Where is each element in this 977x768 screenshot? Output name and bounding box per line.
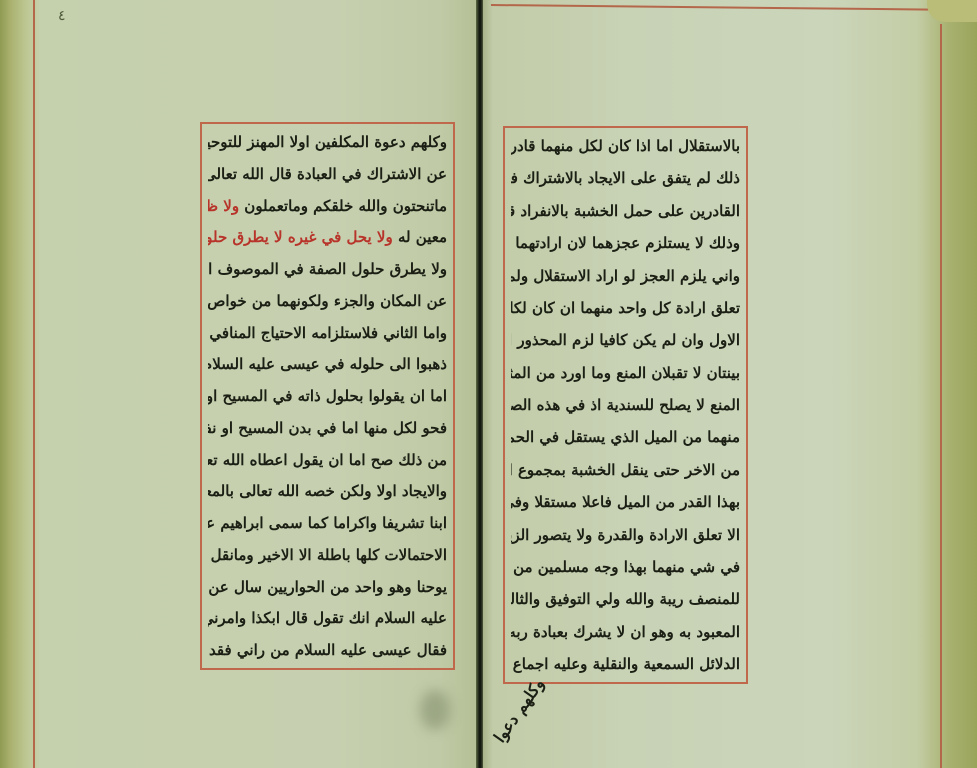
text-line: منهما من الميل الذي يستقل في الحمل قدر م… [511,425,740,449]
text-line: عن الاشتراك في العبادة قال الله تعالى ال… [208,162,447,186]
text-line: القادرين على حمل الخشبة بالانفراد قد يشت… [511,199,740,223]
text-line: بينتان لا تقبلان المنع وما اورد من المثا… [511,361,740,385]
right-text-block: بالاستقلال اما اذا كان لكل منهما قادرا ع… [511,134,740,676]
text-line: والايجاد اولا ولكن خصه الله تعالى بالمعج… [208,479,447,503]
text-line: من الاخر حتى ينقل الخشبة بمجموع الميلين … [511,458,740,482]
open-manuscript: ٤ وكلهم دعوة المكلفين اولا المهنز للتوحي… [0,0,977,768]
text-line: للمنصف ريبة والله ولي التوفيق والثالث وه… [511,587,740,611]
text-line: المعبود به وهو ان لا يشرك بعبادة ربه احد… [511,620,740,644]
text-line: من ذلك صح اما ان يقول اعطاه الله تعالى ق… [208,448,447,472]
text-line: معين له ولا يحل في غيره لا يطرق حلول الش… [208,225,447,249]
text-line: اما ان يقولوا بحلول ذاته في المسيح او بح… [208,384,447,408]
text-line: الاحتمالات كلها باطلة الا الاخير ومانقل … [208,543,447,567]
text-line: بالاستقلال اما اذا كان لكل منهما قادرا ع… [511,134,740,158]
text-line: فقال عيسى عليه السلام من راني فقد راى اب… [208,638,447,662]
text-line: الاول وان لم يكن كافيا لزم المحذور الثال… [511,328,740,352]
text-line: ذلك لم يتفق على الايجاد بالاشتراك فلا يل… [511,166,740,190]
text-line: عن المكان والجزء ولكونهما من خواص الاجسا… [208,289,447,313]
text-line: وذلك لا يستلزم عجزهما لان ارادتهما تعلقت… [511,231,740,255]
text-line: المنع لا يصلح للسندية اذ في هذه الصورة ي… [511,393,740,417]
text-line: عليه السلام انك تقول قال ابكذا وامرني بك… [208,606,447,630]
text-line: في شي منهما بهذا وجه مسلمين من سوانح الو… [511,555,740,579]
text-line: ماتنحتون والله خلقكم وماتعملون ولا ظاهرا… [208,194,447,218]
folio-number: ٤ [58,8,66,24]
text-line-segment: ماتنحتون والله خلقكم وماتعملون [244,197,447,215]
left-text-block: وكلهم دعوة المكلفين اولا المهنز للتوحيد … [208,130,447,662]
text-line: ولا يطرق حلول الصفة في الموصوف اما الاول… [208,257,447,281]
text-line: بهذا القدر من الميل فاعلا مستقلا وفي مبح… [511,490,740,514]
right-margin-rule [940,24,942,768]
text-line: واما الثاني فلاستلزامه الاحتياج المنافي … [208,321,447,345]
page-corner [927,0,977,22]
text-line: يوحنا وهو واحد من الحواريين سال عن عيسى … [208,575,447,599]
text-line: ابنا تشريفا واكراما كما سمى ابراهيم عليه… [208,511,447,535]
text-line: الدلائل السمعية والنقلية وعليه اجماع الا… [511,652,740,676]
text-line: واني يلزم العجز لو اراد الاستقلال ولم يح… [511,264,740,288]
text-line: الا تعلق الارادة والقدرة ولا يتصور الزيا… [511,523,740,547]
left-page: ٤ وكلهم دعوة المكلفين اولا المهنز للتوحي… [0,0,478,768]
right-page: بالاستقلال اما اذا كان لكل منهما قادرا ع… [483,0,977,768]
text-line: تعلق ارادة كل واحد منهما ان كان لكافي لز… [511,296,740,320]
left-margin-rule [33,0,35,768]
ink-stain [420,690,450,730]
right-text-frame: بالاستقلال اما اذا كان لكل منهما قادرا ع… [503,126,748,684]
text-line: ذهبوا الى حلوله في عيسى عليه السلام قال … [208,352,447,376]
text-line: فحو لكل منها اما في بدن المسيح او نفسه ا… [208,416,447,440]
text-line-segment: معين له [398,228,447,246]
rubric-text: ولا ظاهرا اي لا [208,197,239,215]
left-text-frame: وكلهم دعوة المكلفين اولا المهنز للتوحيد … [200,122,455,670]
text-line: وكلهم دعوة المكلفين اولا المهنز للتوحيد … [208,130,447,154]
top-margin-rule [491,4,943,11]
rubric-text: ولا يحل في غيره لا يطرق حلول الشي في الم… [208,228,393,246]
